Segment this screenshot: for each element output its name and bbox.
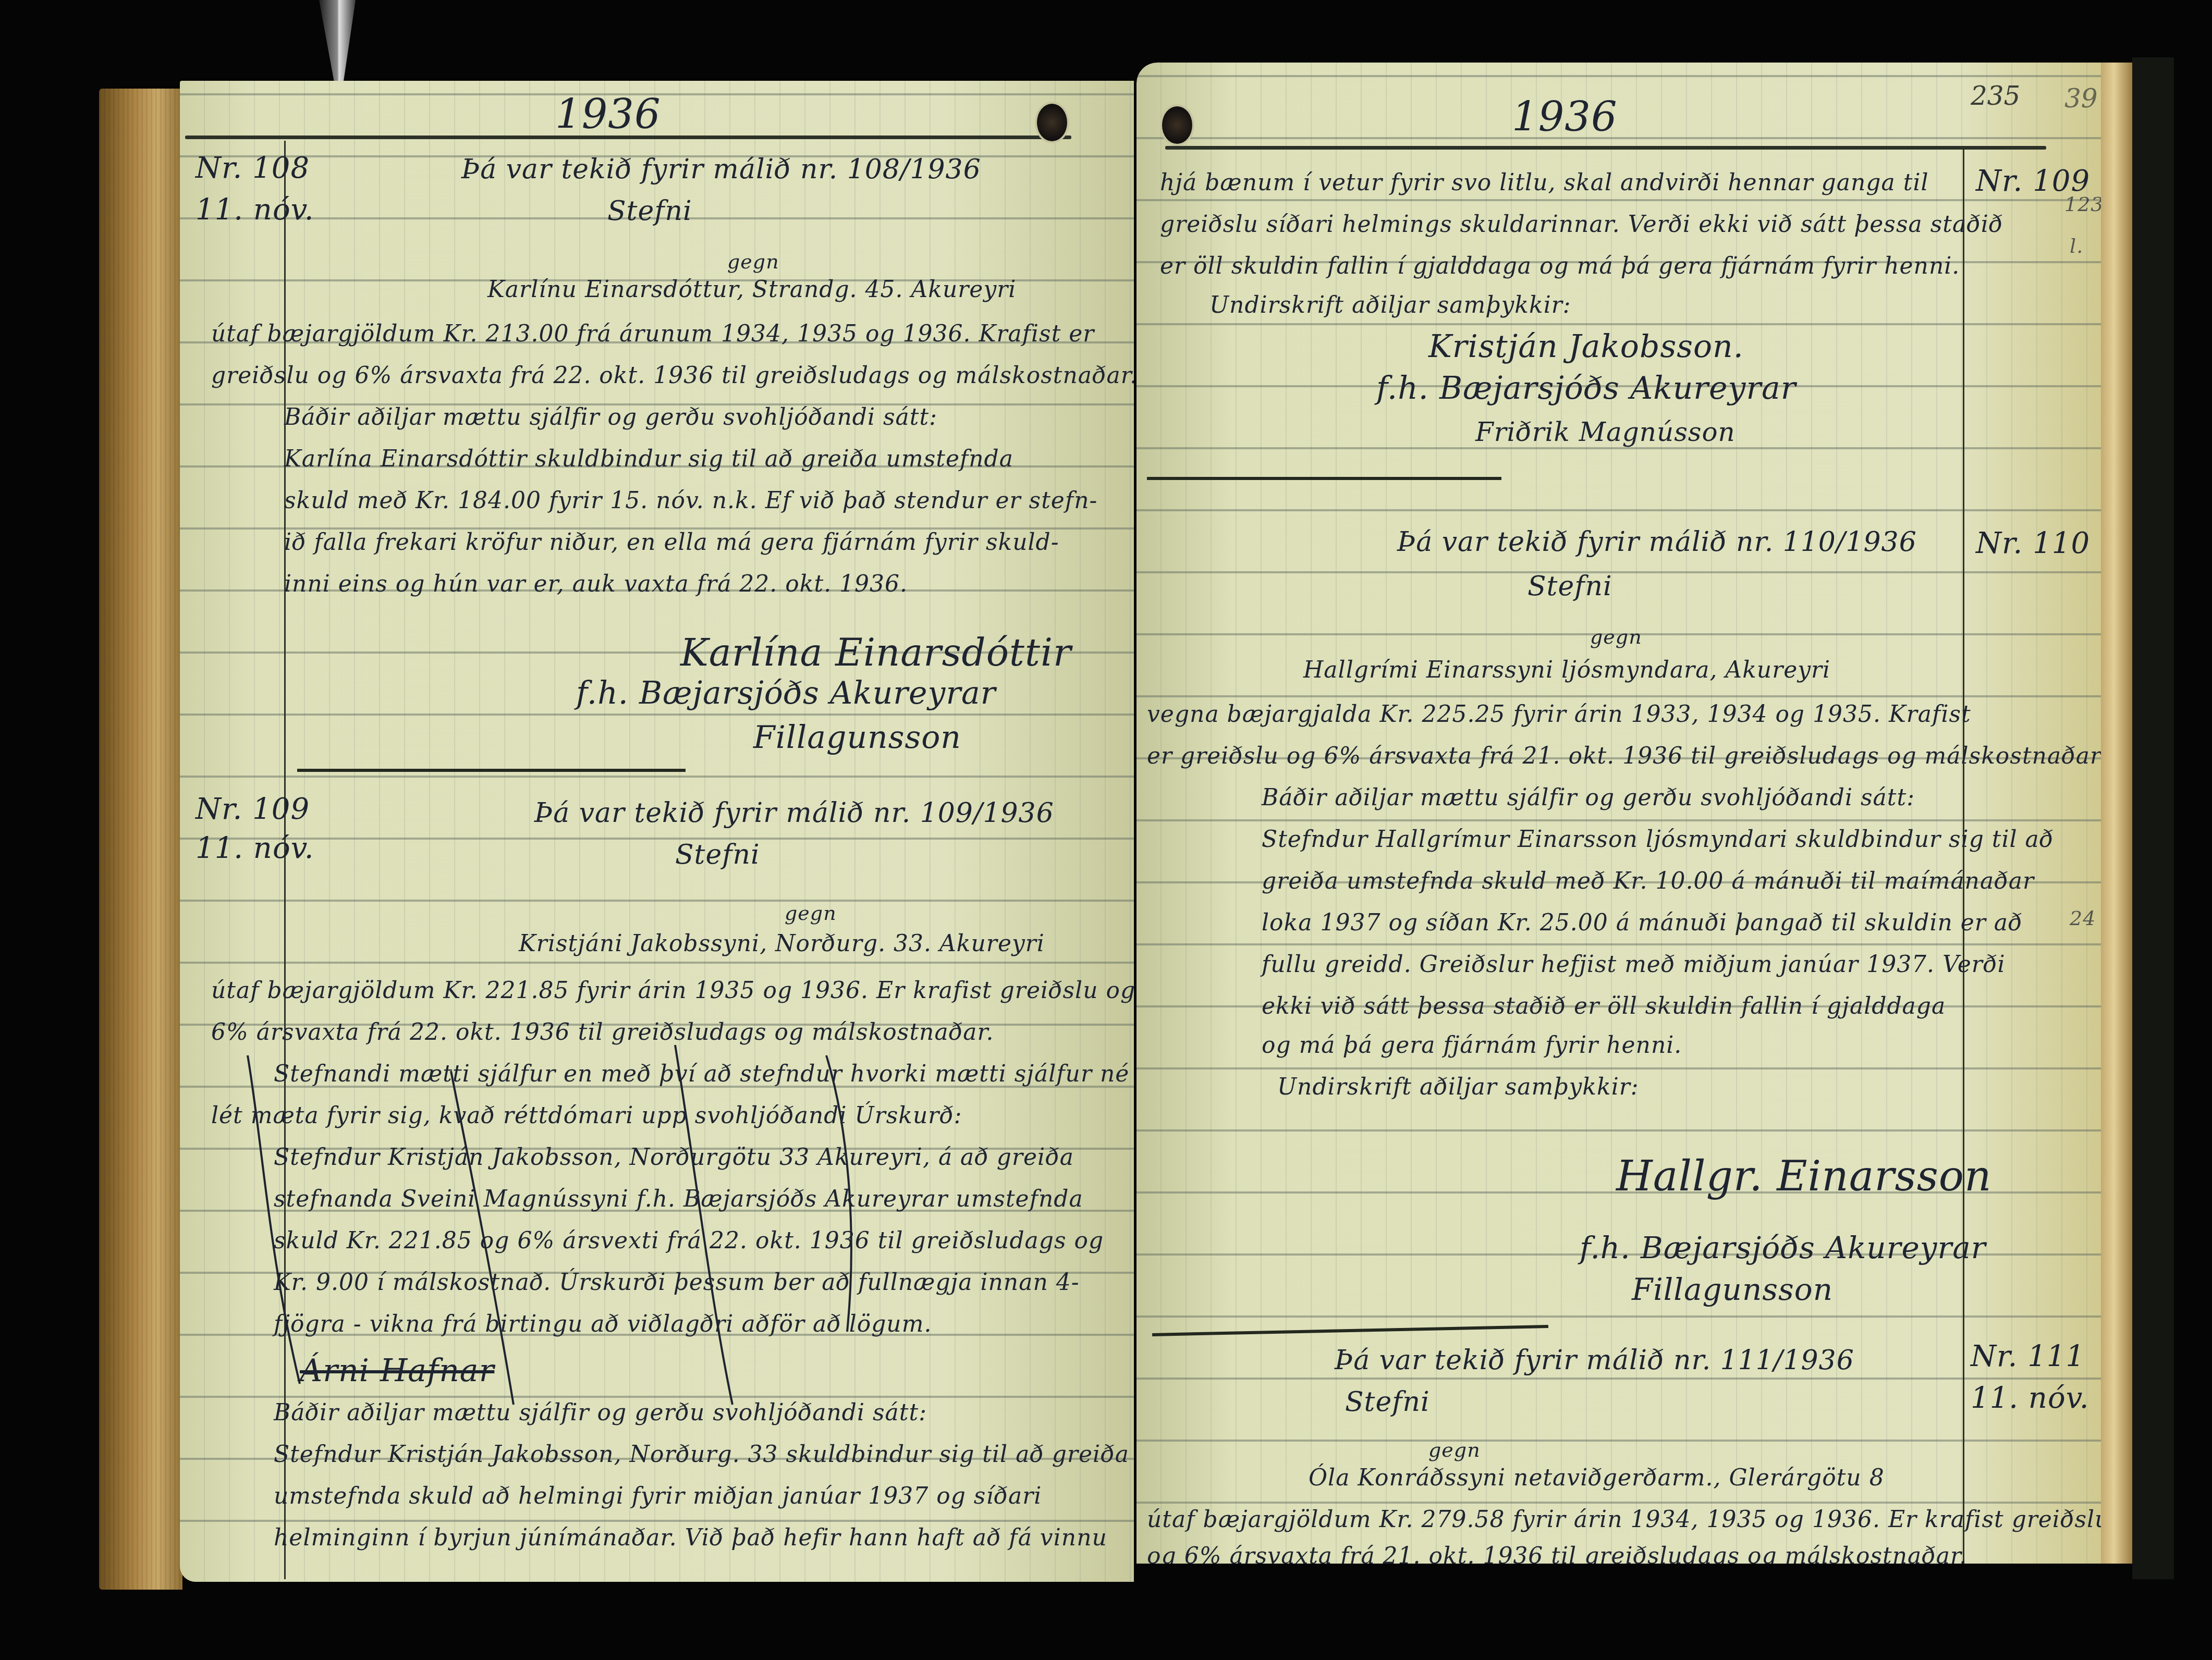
ruled-grid: [1136, 63, 2101, 1564]
margin-note: 123: [2064, 193, 2101, 216]
year-header: 1936: [1512, 94, 1618, 141]
next-page-number: 39: [2064, 83, 2098, 114]
page-number: 235: [1971, 81, 2020, 111]
entry-number: Nr. 111: [1971, 1339, 2085, 1373]
right-page-stack-edge: [2096, 63, 2132, 1564]
signature-org: f.h. Bæjarsjóðs Akureyrar: [1580, 1230, 1986, 1265]
cross-out-strokes: [180, 81, 1134, 1582]
signature: Kristján Jakobsson.: [1428, 328, 1744, 365]
left-page-stack-edge: [99, 89, 182, 1590]
text-line: Stefndur Hallgrímur Einarsson ljósmyndar…: [1262, 826, 2054, 853]
margin-note: 24: [2070, 907, 2096, 930]
margin-line: [1963, 149, 1964, 1564]
text-line: ekki við sátt þessa staðið er öll skuldi…: [1262, 993, 1946, 1019]
signature: Fillagunsson: [1632, 1272, 1833, 1307]
gegn-label: gegn: [1428, 1438, 1481, 1461]
text-line: útaf bæjargjöldum Kr. 279.58 fyrir árin …: [1147, 1506, 2101, 1533]
signature-org: f.h. Bæjarsjóðs Akureyrar: [1376, 370, 1797, 407]
text-line: greiða umstefnda skuld með Kr. 10.00 á m…: [1262, 868, 2034, 894]
right-book-cover: [2132, 57, 2174, 1579]
header-rule: [1165, 146, 2046, 150]
entry-subheading: Stefni: [1345, 1386, 1430, 1418]
right-page: 1936 235 39 Nr. 109 hjá bænum í vetur fy…: [1136, 63, 2101, 1564]
text-line: vegna bæjargjalda Kr. 225.25 fyrir árin …: [1147, 701, 1971, 728]
text-line: og má þá gera fjárnám fyrir henni.: [1262, 1032, 1682, 1059]
left-page: 1936 Nr. 108 11. nóv. Þá var tekið fyrir…: [180, 81, 1134, 1582]
text-line: er öll skuldin fallin í gjalddaga og má …: [1160, 253, 1960, 279]
entry-heading: Þá var tekið fyrir málið nr. 110/1936: [1397, 526, 1917, 558]
text-line: greiðslu síðari helmings skuldarinnar. V…: [1160, 211, 2003, 238]
entry-date: 11. nóv.: [1971, 1381, 2089, 1415]
text-line: og 6% ársvaxta frá 21. okt. 1936 til gre…: [1147, 1543, 1967, 1564]
signature: Hallgr. Einarsson: [1616, 1152, 1991, 1200]
gegn-label: gegn: [1590, 625, 1642, 648]
entry-subheading: Stefni: [1527, 571, 1612, 602]
text-line: Báðir aðiljar mættu sjálfir og gerðu svo…: [1262, 784, 1915, 811]
signature: Friðrik Magnússon: [1475, 417, 1736, 447]
text-line: hjá bænum í vetur fyrir svo litlu, skal …: [1160, 169, 1929, 196]
entry-heading: Þá var tekið fyrir málið nr. 111/1936: [1335, 1345, 1854, 1376]
margin-note: l.: [2070, 235, 2083, 257]
text-line: er greiðslu og 6% ársvaxta frá 21. okt. …: [1147, 743, 2101, 769]
text-line: loka 1937 og síðan Kr. 25.00 á mánuði þa…: [1262, 909, 2023, 936]
defendant: Hallgrími Einarssyni ljósmyndara, Akurey…: [1303, 657, 1830, 683]
text-line: fullu greidd. Greiðslur hefjist með miðj…: [1262, 951, 2005, 978]
text-line: Undirskrift aðiljar samþykkir:: [1209, 292, 1571, 318]
defendant: Óla Konráðssyni netaviðgerðarm., Glerárg…: [1309, 1465, 1885, 1491]
entry-number: Nr. 110: [1976, 526, 2090, 560]
entry-divider: [1147, 477, 1501, 480]
text-line: Undirskrift aðiljar samþykkir:: [1277, 1074, 1639, 1100]
binding-hole: [1160, 104, 1194, 146]
open-ledger-book: 1936 Nr. 108 11. nóv. Þá var tekið fyrir…: [0, 0, 2212, 1660]
